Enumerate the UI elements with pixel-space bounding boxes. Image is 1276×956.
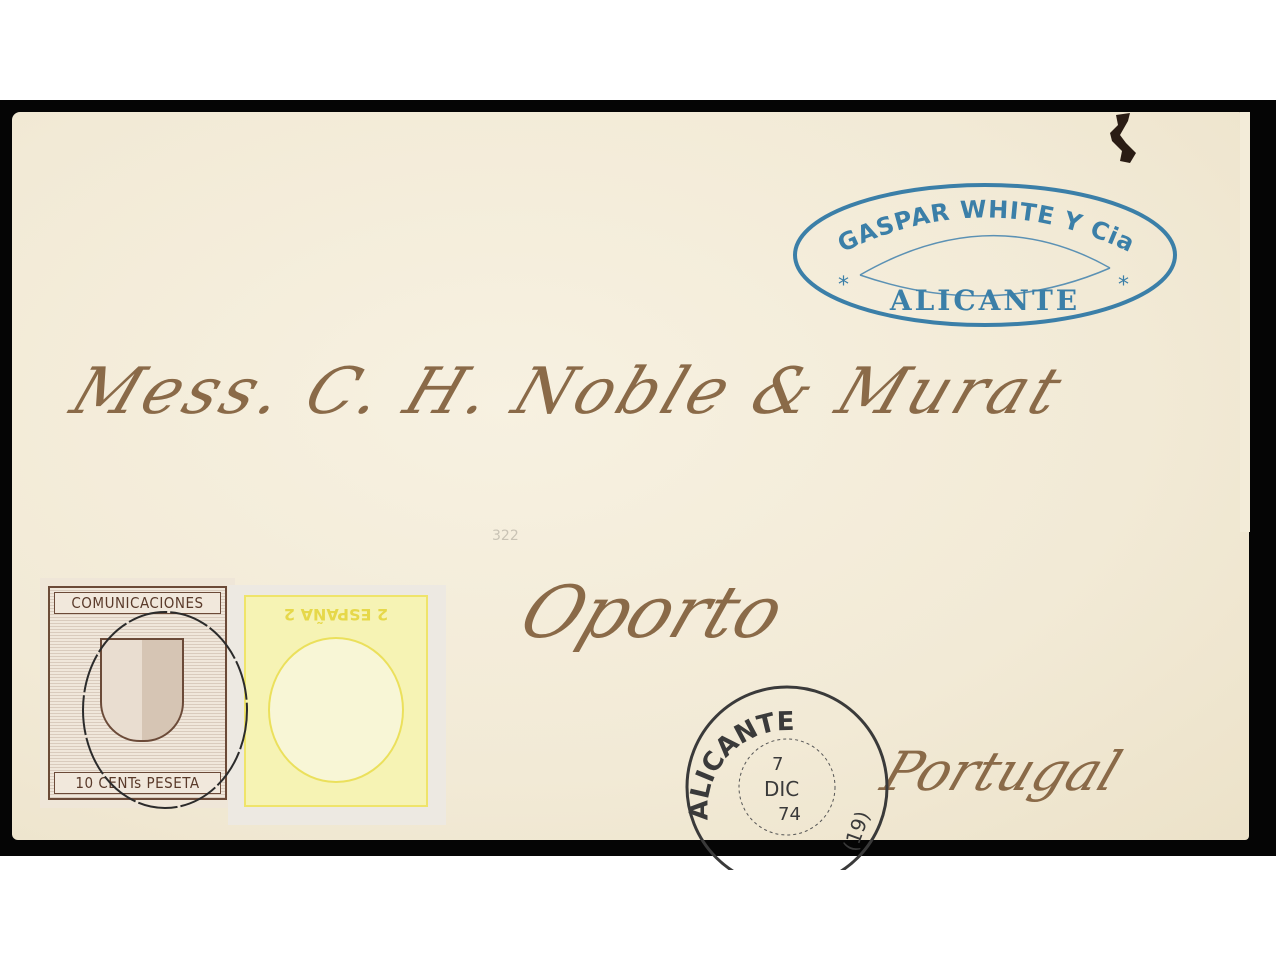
date-postmark: ALICANTE 7 DIC 74 (19) — [680, 680, 895, 870]
handstamp-line1: GASPAR WHITE Y Cia — [833, 195, 1139, 258]
postmark-year: 74 — [778, 804, 801, 825]
star-ornament-left: * — [838, 273, 849, 298]
envelope-edge — [1240, 112, 1250, 532]
ink-blot — [1108, 113, 1138, 165]
stamp-value-label: 2 ESPAÑA 2 — [246, 605, 426, 624]
allegory-figure-icon — [268, 637, 404, 783]
company-handstamp: GASPAR WHITE Y Cia * * ALICANTE — [790, 180, 1180, 330]
postmark-day: 7 — [772, 754, 783, 775]
yellow-allegory-stamp: 2 ESPAÑA 2 — [228, 585, 446, 825]
pencil-note: 322 — [492, 528, 519, 544]
svg-text:GASPAR WHITE Y Cia: GASPAR WHITE Y Cia — [833, 195, 1139, 258]
star-ornament-right: * — [1118, 273, 1129, 298]
address-country: Portugal — [874, 740, 1130, 803]
postmark-code: (19) — [838, 808, 875, 855]
address-addressee: Mess. C. H. Noble & Murat — [62, 355, 1075, 429]
postmark-month: DIC — [764, 777, 799, 801]
address-city: Oporto — [510, 570, 796, 654]
cancel-circle-on-stamps — [75, 605, 255, 815]
handstamp-line2: ALICANTE — [889, 284, 1080, 317]
